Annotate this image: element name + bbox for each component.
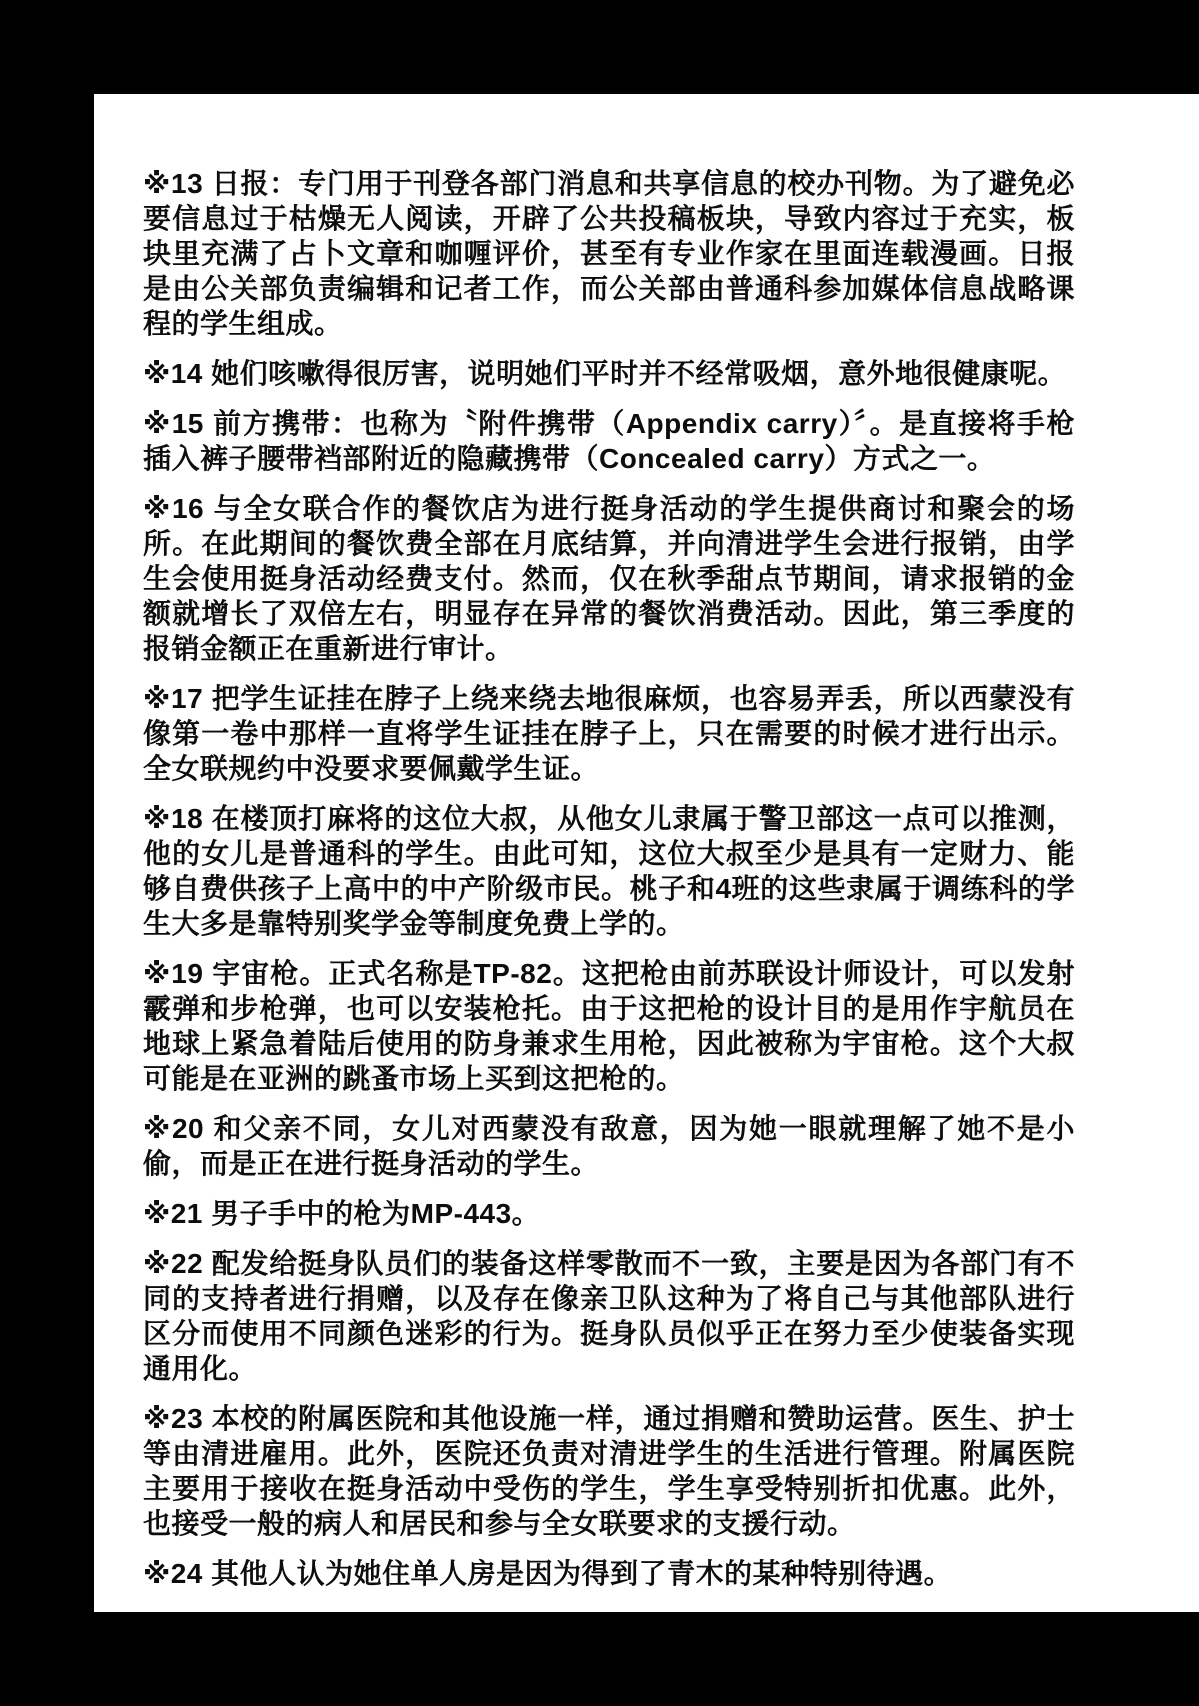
footnote-21: ※21 男子手中的枪为MP-443。: [143, 1196, 1075, 1231]
footnote-15: ※15 前方携带：也称为〝附件携带（Appendix carry）〞。是直接将手…: [143, 406, 1075, 476]
footnote-14: ※14 她们咳嗽得很厉害，说明她们平时并不经常吸烟，意外地很健康呢。: [143, 356, 1075, 391]
footnote-23: ※23 本校的附属医院和其他设施一样，通过捐赠和赞助运营。医生、护士等由清进雇用…: [143, 1401, 1075, 1541]
footnote-19: ※19 宇宙枪。正式名称是TP-82。这把枪由前苏联设计师设计，可以发射霰弹和步…: [143, 956, 1075, 1096]
footnote-18: ※18 在楼顶打麻将的这位大叔，从他女儿隶属于警卫部这一点可以推测，他的女儿是普…: [143, 801, 1075, 941]
footnote-24: ※24 其他人认为她住单人房是因为得到了青木的某种特别待遇。: [143, 1556, 1075, 1591]
footnote-22: ※22 配发给挺身队员们的装备这样零散而不一致，主要是因为各部门有不同的支持者进…: [143, 1246, 1075, 1386]
page-frame: ※13 日报：专门用于刊登各部门消息和共享信息的校办刊物。为了避免必要信息过于枯…: [94, 94, 1199, 1612]
footnote-20: ※20 和父亲不同，女儿对西蒙没有敌意，因为她一眼就理解了她不是小偷，而是正在进…: [143, 1111, 1075, 1181]
notes-page: ※13 日报：专门用于刊登各部门消息和共享信息的校办刊物。为了避免必要信息过于枯…: [143, 166, 1075, 1606]
footnote-13: ※13 日报：专门用于刊登各部门消息和共享信息的校办刊物。为了避免必要信息过于枯…: [143, 166, 1075, 341]
footnote-16: ※16 与全女联合作的餐饮店为进行挺身活动的学生提供商讨和聚会的场所。在此期间的…: [143, 491, 1075, 666]
footnote-17: ※17 把学生证挂在脖子上绕来绕去地很麻烦，也容易弄丢，所以西蒙没有像第一卷中那…: [143, 681, 1075, 786]
